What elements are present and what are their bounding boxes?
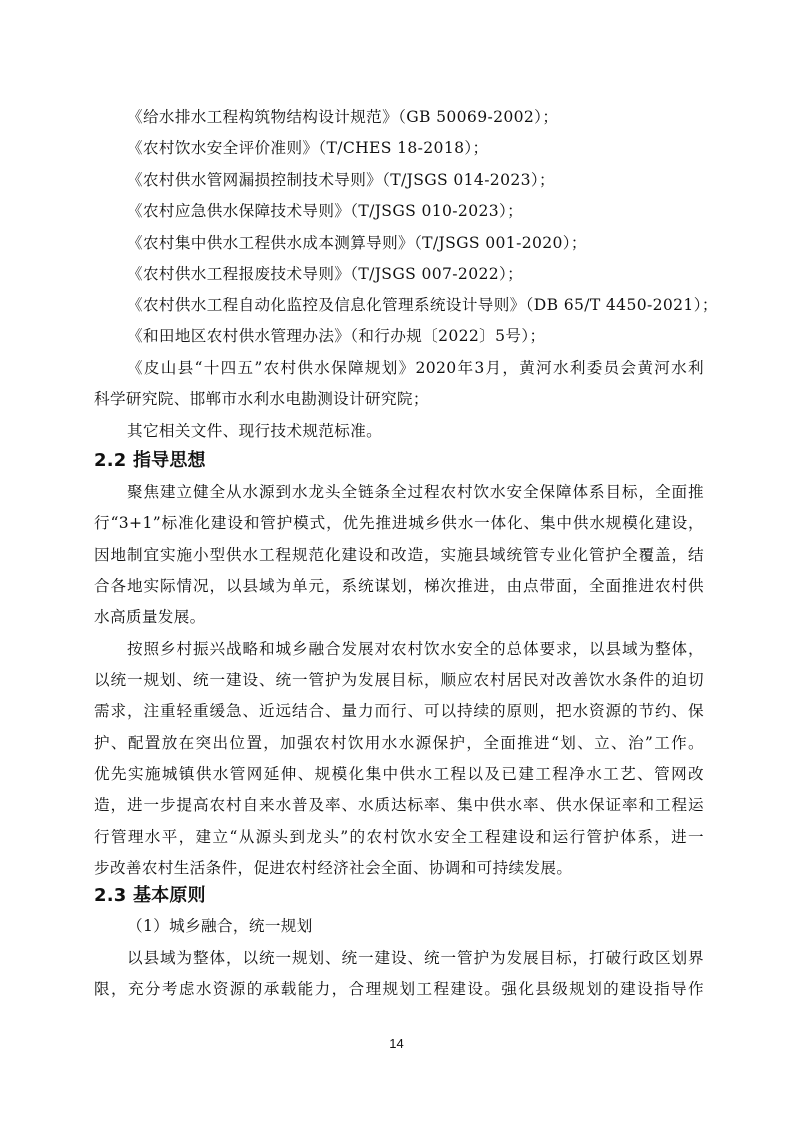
- paragraph-line: 因地制宜实施小型供水工程规范化建设和改造，实施县域统管专业化管护全覆盖，结: [94, 545, 704, 565]
- section-heading-2-3: 2.3 基本原则: [94, 885, 206, 907]
- paragraph-line: 行管理水平，建立“从源头到龙头”的农村饮水安全工程建设和运行管护体系，进一: [94, 827, 704, 847]
- reference-item: 《农村供水工程报废技术导则》（T/JSGS 007-2022）；: [127, 264, 704, 284]
- paragraph-line: 步改善农村生活条件，促进农村经济社会全面、协调和可持续发展。: [94, 858, 704, 878]
- paragraph-line: 以县域为整体，以统一规划、统一建设、统一管护为发展目标，打破行政区划界: [127, 948, 704, 968]
- subheading: （1）城乡融合，统一规划: [127, 916, 704, 936]
- reference-item: 《农村饮水安全评价准则》（T/CHES 18-2018）；: [127, 138, 704, 158]
- document-page: 《给水排水工程构筑物结构设计规范》（GB 50069-2002）； 《农村饮水安…: [0, 0, 793, 1122]
- section-heading-2-2: 2.2 指导思想: [94, 450, 206, 472]
- reference-item: 《农村集中供水工程供水成本测算导则》（T/JSGS 001-2020）；: [127, 233, 704, 253]
- paragraph-line: 以统一规划、统一建设、统一管护为发展目标，顺应农村居民对改善饮水条件的迫切: [94, 670, 704, 690]
- paragraph-line: 行“3+1”标准化建设和管护模式，优先推进城乡供水一体化、集中供水规模化建设，: [94, 513, 704, 533]
- reference-item: 《农村应急供水保障技术导则》（T/JSGS 010-2023）；: [127, 201, 704, 221]
- paragraph-line: 优先实施城镇供水管网延伸、规模化集中供水工程以及已建工程净水工艺、管网改: [94, 764, 704, 784]
- reference-item: 《皮山县“十四五”农村供水保障规划》2020年3月，黄河水利委员会黄河水利: [127, 358, 704, 378]
- reference-item: 其它相关文件、现行技术规范标准。: [127, 421, 704, 441]
- page-number: 14: [0, 1036, 793, 1051]
- reference-item: 《农村供水工程自动化监控及信息化管理系统设计导则》（DB 65/T 4450-2…: [127, 295, 704, 315]
- reference-item: 《农村供水管网漏损控制技术导则》（T/JSGS 014-2023）；: [127, 170, 704, 190]
- paragraph-line: 聚焦建立健全从水源到水龙头全链条全过程农村饮水安全保障体系目标，全面推: [127, 482, 704, 502]
- paragraph-line: 按照乡村振兴战略和城乡融合发展对农村饮水安全的总体要求，以县域为整体，: [127, 639, 704, 659]
- paragraph-line: 护、配置放在突出位置，加强农村饮用水水源保护，全面推进“划、立、治”工作。: [94, 733, 704, 753]
- reference-item: 《给水排水工程构筑物结构设计规范》（GB 50069-2002）；: [127, 107, 704, 127]
- paragraph-line: 造，进一步提高农村自来水普及率、水质达标率、集中供水率、供水保证率和工程运: [94, 795, 704, 815]
- paragraph-line: 水高质量发展。: [94, 607, 704, 627]
- paragraph-line: 合各地实际情况，以县域为单元，系统谋划，梯次推进，由点带面，全面推进农村供: [94, 576, 704, 596]
- paragraph-line: 需求，注重轻重缓急、近远结合、量力而行、可以持续的原则，把水资源的节约、保: [94, 701, 704, 721]
- reference-item: 《和田地区农村供水管理办法》（和行办规〔2022〕5号）；: [127, 326, 704, 346]
- paragraph-line: 限，充分考虑水资源的承载能力，合理规划工程建设。强化县级规划的建设指导作: [94, 979, 704, 999]
- reference-item-continuation: 科学研究院、邯郸市水利水电勘测设计研究院；: [94, 389, 704, 409]
